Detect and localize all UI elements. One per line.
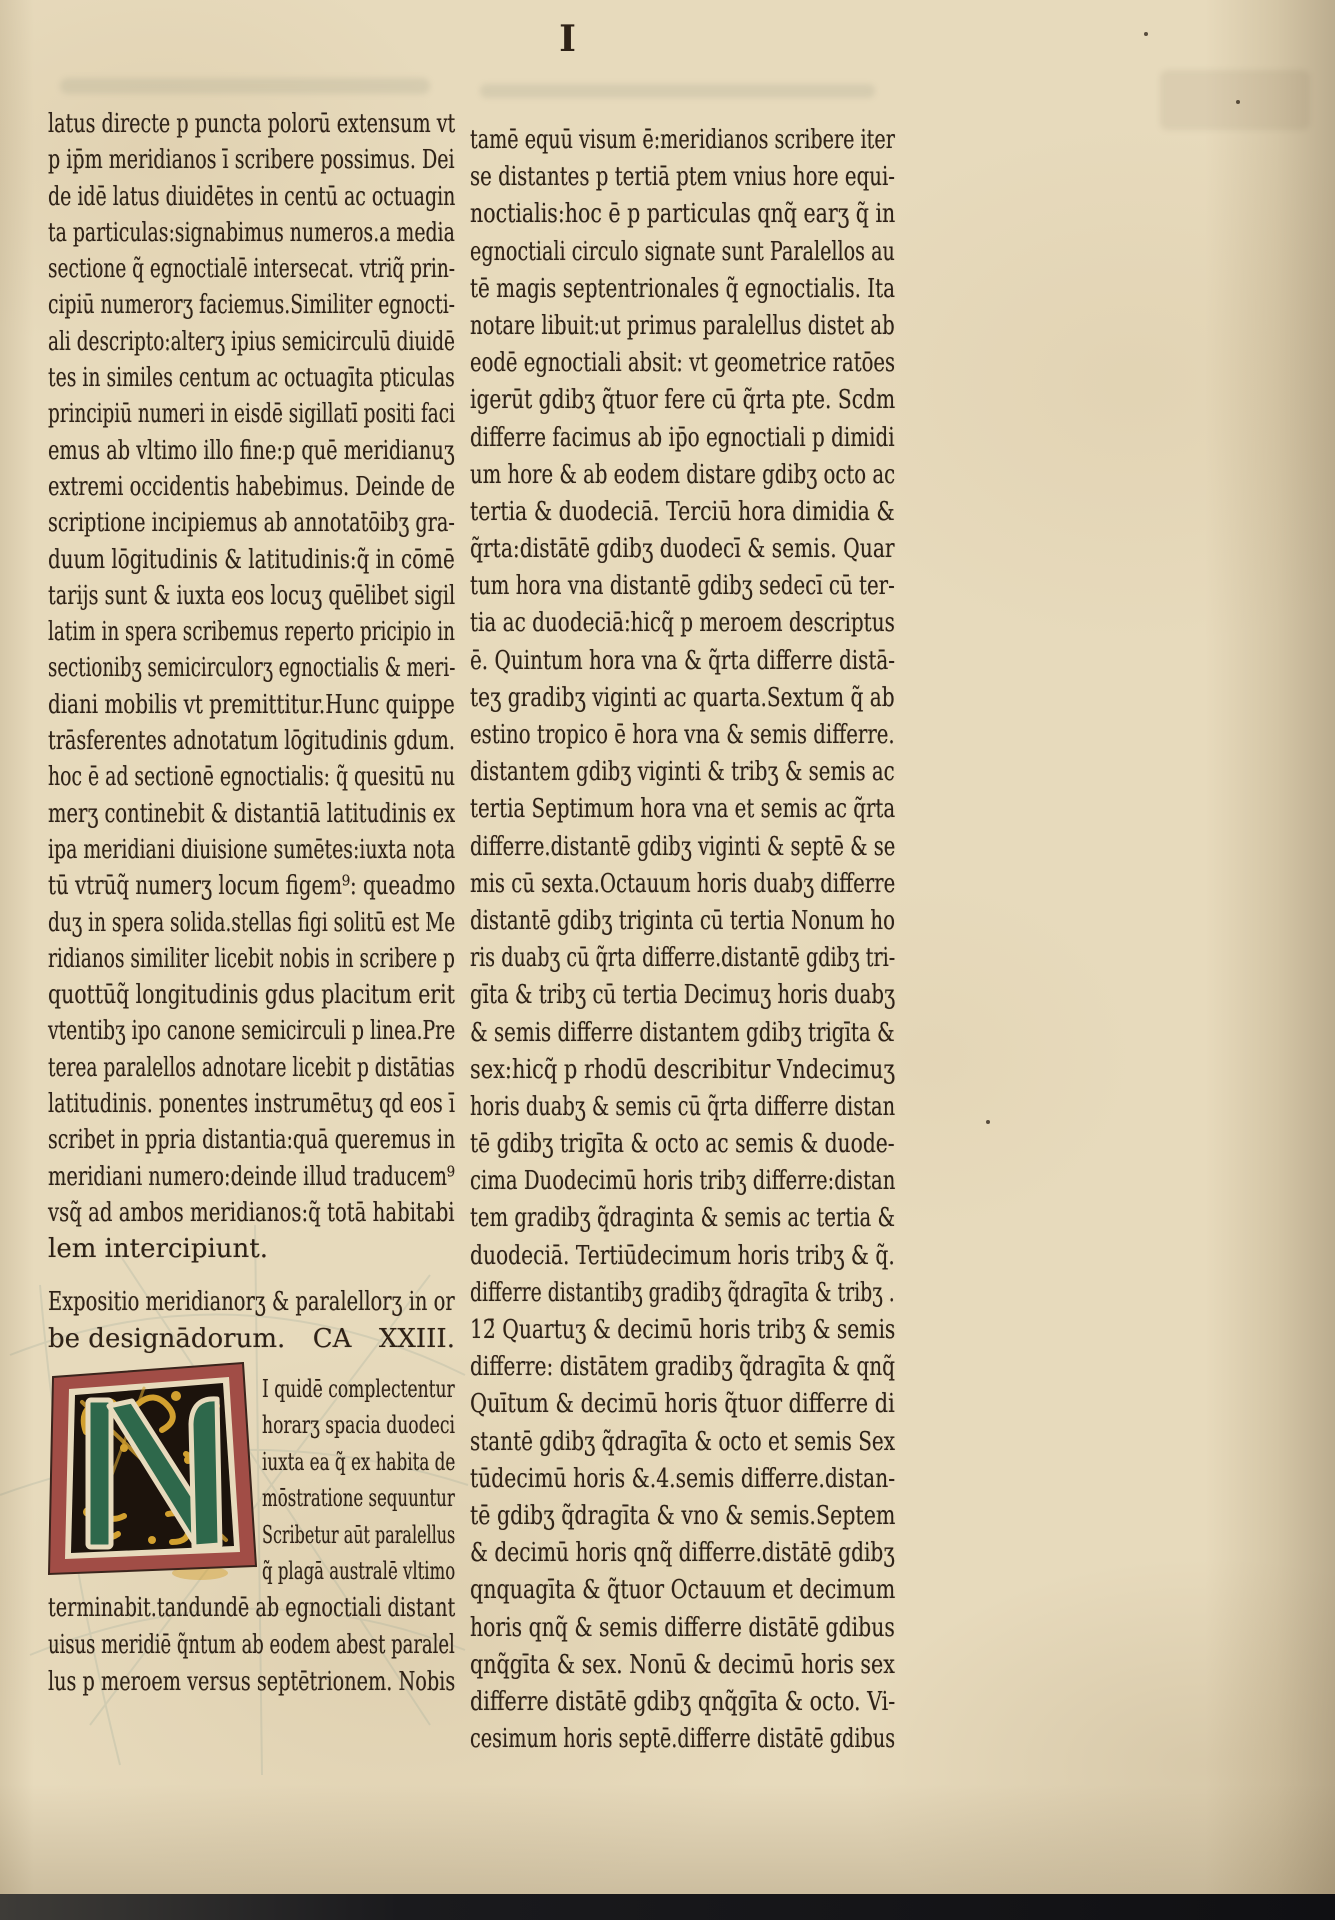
text-line: cima Duodecimū horis tribʒ differre:dist… [470, 1163, 791, 1200]
text-line: ridianos similiter licebit nobis in scri… [48, 941, 339, 977]
text-line: tūdecimū horis &.4.semis differre.distan… [470, 1461, 803, 1498]
text-line: lus p meroem versus septētrionem. Nobis [48, 1664, 349, 1701]
text-line: tertia & duodeciā. Terciū hora dimidia & [470, 494, 806, 531]
text-line: teʒ gradibʒ viginti ac quarta.Sextum q̃ … [470, 680, 799, 717]
text-line: latus directe p puncta polorū extensum v… [48, 106, 348, 142]
text-line: duum lōgitudinis & latitudinis:q̃ in cōm… [48, 542, 359, 578]
text-line: ipa meridiani diuisione sumētes:iuxta no… [48, 832, 343, 868]
text-line: latim in spera scribemus reperto pricipi… [48, 614, 336, 650]
text-line: lem intercipiunt. [48, 1231, 455, 1267]
text-line: noctialis:hoc ē p particulas qnq̃ earʒ q… [470, 196, 806, 233]
text-line: horis qnq̃ & semis differre distātē gdib… [470, 1610, 803, 1647]
chapter-heading-text: be designādorum. [48, 1321, 285, 1358]
chapter-heading: Expositio meridianorʒ & paralellorʒ in o… [48, 1284, 455, 1358]
text-line: Quītum & decimū horis q̃tuor differre di [470, 1386, 811, 1423]
page-gutter-shadow [0, 0, 34, 1920]
text-line: q̃rta:distātē gdibʒ duodecī & semis. Qua… [470, 531, 801, 568]
text-line: terminabit.tandundē ab egnoctiali distan… [48, 1590, 349, 1627]
text-line: egnoctiali circulo signate sunt Paralell… [470, 234, 783, 271]
chapter-heading-line1: Expositio meridianorʒ & paralellorʒ in o… [48, 1284, 353, 1321]
text-line: ta particulas:signabimus numeros.a media [48, 215, 343, 251]
text-line: stantē gdibʒ q̃dragīta & octo et semis S… [470, 1424, 797, 1461]
text-line: differre distantibʒ gradibʒ q̃dragīta & … [470, 1275, 778, 1312]
text-line: cesimum horis septē.differre distātē gdi… [470, 1721, 785, 1758]
text-line: tertia Septimum hora vna et semis ac q̃r… [470, 791, 794, 828]
text-line: uisus meridiē q̃ntum ab eodem abest para… [48, 1627, 330, 1664]
right-text-column: tamē equū visum ē:meridianos scribere it… [470, 122, 895, 1758]
text-line: notare libuit:ut primus paralellus diste… [470, 308, 791, 345]
text-line: scriptione incipiemus ab annotatōibʒ gra… [48, 505, 349, 541]
text-line: emus ab vltimo illo fine:p quē meridianu… [48, 433, 350, 469]
text-line: cipiū numerorʒ faciemus.Similiter egnoct… [48, 287, 341, 323]
text-line: terea paralellos adnotare licebit p dist… [48, 1050, 339, 1086]
text-line: sectionibʒ semicirculorʒ egnoctialis & m… [48, 650, 333, 686]
text-line: diani mobilis vt premittitur.Hunc quippe [48, 687, 359, 723]
text-line: gīta & tribʒ cū tertia Decimuʒ horis dua… [470, 977, 793, 1014]
text-line: igerūt gdibʒ q̃tuor fere cū q̃rta pte. S… [470, 382, 801, 419]
text-line: meridiani numero:deinde illud traducem⁹ [48, 1159, 351, 1195]
text-line: qnq̃gīta & sex. Nonū & decimū horis sex [470, 1647, 808, 1684]
text-line: tū vtrūq̃ numerʒ locum figem⁹: queadmo [48, 868, 358, 904]
text-line: & decimū horis qnq̃ differre.distātē gdi… [470, 1535, 800, 1572]
text-line: mōstratione sequuntur [262, 1480, 393, 1516]
text-line: Scribetur aūt paralellus [262, 1517, 388, 1553]
chapter-heading-line2: be designādorum. CA XXIII. [48, 1321, 455, 1358]
chapter-label: CA [313, 1321, 352, 1358]
ink-speck [1236, 100, 1240, 104]
text-line: ē. Quintum hora vna & q̃rta differre dis… [470, 643, 796, 680]
text-line: ris duabʒ cū q̃rta differre.distantē gdi… [470, 940, 783, 977]
showthrough-text-smudge [60, 78, 430, 94]
text-line: horis duabʒ & semis cū q̃rta differre di… [470, 1089, 787, 1126]
text-line: tem gradibʒ q̃draginta & semis ac tertia… [470, 1200, 791, 1237]
ink-speck [1144, 32, 1148, 36]
initial-woodcut-graphic [48, 1362, 258, 1581]
folio-number: I [548, 18, 588, 60]
left-text-column: latus directe p puncta polorū extensum v… [48, 106, 455, 1268]
text-line: qnquagīta & q̃tuor Octauum et decimum [470, 1572, 807, 1609]
text-line: q̃ plagā australē vltimo [262, 1553, 392, 1589]
left-column-bottom-text: terminabit.tandundē ab egnoctiali distan… [48, 1590, 455, 1701]
text-line: iuxta ea q̃ ex habita de [262, 1444, 394, 1480]
chapter-number: XXIII. [379, 1321, 455, 1358]
text-line: tē gdibʒ q̃dragīta & vno & semis.Septem [470, 1498, 806, 1535]
text-line: hoc ē ad sectionē egnoctialis: q̃ quesit… [48, 759, 343, 795]
text-line: sex:hicq̃ p rhodū describitur Vndecimuʒ [470, 1052, 812, 1089]
text-line: um hore & ab eodem distare gdibʒ octo ac [470, 457, 791, 494]
text-line: vtentibʒ ipo canone semicirculi p linea.… [48, 1013, 342, 1049]
text-line: tamē equū visum ē:meridianos scribere it… [470, 122, 783, 159]
page-bottom-shadow [0, 1784, 1335, 1894]
text-line: duodeciā. Tertiūdecimum horis tribʒ & q̃… [470, 1238, 801, 1275]
text-line: 12̄ Quartuʒ & decimū horis tribʒ & semis [470, 1312, 801, 1349]
text-line: ali descripto:alterʒ ipius semicirculū d… [48, 324, 337, 360]
text-line: se distantes p tertiā ptem vnius hore eq… [470, 159, 793, 196]
text-line: tē gdibʒ trigīta & octo ac semis & duode… [470, 1126, 801, 1163]
text-line: tum hora vna distantē gdibʒ sedecī cū te… [470, 568, 793, 605]
text-line: merʒ continebit & distantiā latitudinis … [48, 796, 353, 832]
book-page-scan: { "page": { "folio_number": "I" }, "colo… [0, 0, 1335, 1920]
text-line: tes in similes centum ac octuagīta pticu… [48, 360, 343, 396]
text-line: differre.distantē gdibʒ viginti & septē … [470, 829, 789, 866]
text-line: de idē latus diuidētes in centū ac octua… [48, 179, 344, 215]
text-line: scribet in ppria distantia:quā queremus … [48, 1122, 346, 1158]
text-line: mis cū sexta.Octauum horis duabʒ differr… [470, 866, 791, 903]
text-line: duʒ in spera solida.stellas figi solitū … [48, 905, 338, 941]
paper-smudge [1160, 70, 1310, 130]
text-line: eodē egnoctiali absit: vt geometrice rat… [470, 345, 790, 382]
text-line: tia ac duodeciā:hicq̃ p meroem descriptu… [470, 605, 797, 642]
text-line: tarijs sunt & iuxta eos locuʒ quēlibet s… [48, 578, 350, 614]
text-line: differre: distātem gradibʒ q̃dragīta & q… [470, 1349, 798, 1386]
text-line: horarʒ spacia duodeci [262, 1407, 397, 1443]
illuminated-initial-N [48, 1362, 258, 1581]
initial-wrap-text: I quidē complectenturhorarʒ spacia duode… [262, 1371, 455, 1589]
text-line: vsq̃ ad ambos meridianos:q̃ totā habitab… [48, 1195, 356, 1231]
text-line: principiū numeri in eisdē sigillatī posi… [48, 396, 336, 432]
text-line: distantem gdibʒ viginti & tribʒ & semis … [470, 754, 793, 791]
text-line: latitudinis. ponentes instrumētuʒ qd eos… [48, 1086, 350, 1122]
text-line: estino tropico ē hora vna & semis differ… [470, 717, 793, 754]
text-line: I quidē complectentur [262, 1371, 397, 1407]
ink-speck [986, 1120, 990, 1124]
text-line: sectione q̃ egnoctialē intersecat. vtriq… [48, 251, 338, 287]
photo-background-strip [0, 1894, 1335, 1920]
text-line: distantē gdibʒ triginta cū tertia Nonum … [470, 903, 792, 940]
page-edge-shadow [1205, 0, 1335, 1920]
text-line: p ip̄m meridianos ī scribere possimus. D… [48, 142, 346, 178]
text-line: extremi occidentis habebimus. Deinde de [48, 469, 351, 505]
text-line: quottūq̃ longitudinis gdus placitum erit [48, 977, 368, 1013]
text-line: trāsferentes adnotatum lōgitudinis gdum. [48, 723, 349, 759]
text-line: differre facimus ab ip̄o egnoctiali p di… [470, 420, 796, 457]
text-line: differre distātē gdibʒ qnq̃gīta & octo. … [470, 1684, 808, 1721]
text-line: tē magis septentrionales q̃ egnoctialis.… [470, 271, 796, 308]
showthrough-text-smudge [480, 84, 875, 98]
text-line: & semis differre distantem gdibʒ trigīta… [470, 1015, 794, 1052]
